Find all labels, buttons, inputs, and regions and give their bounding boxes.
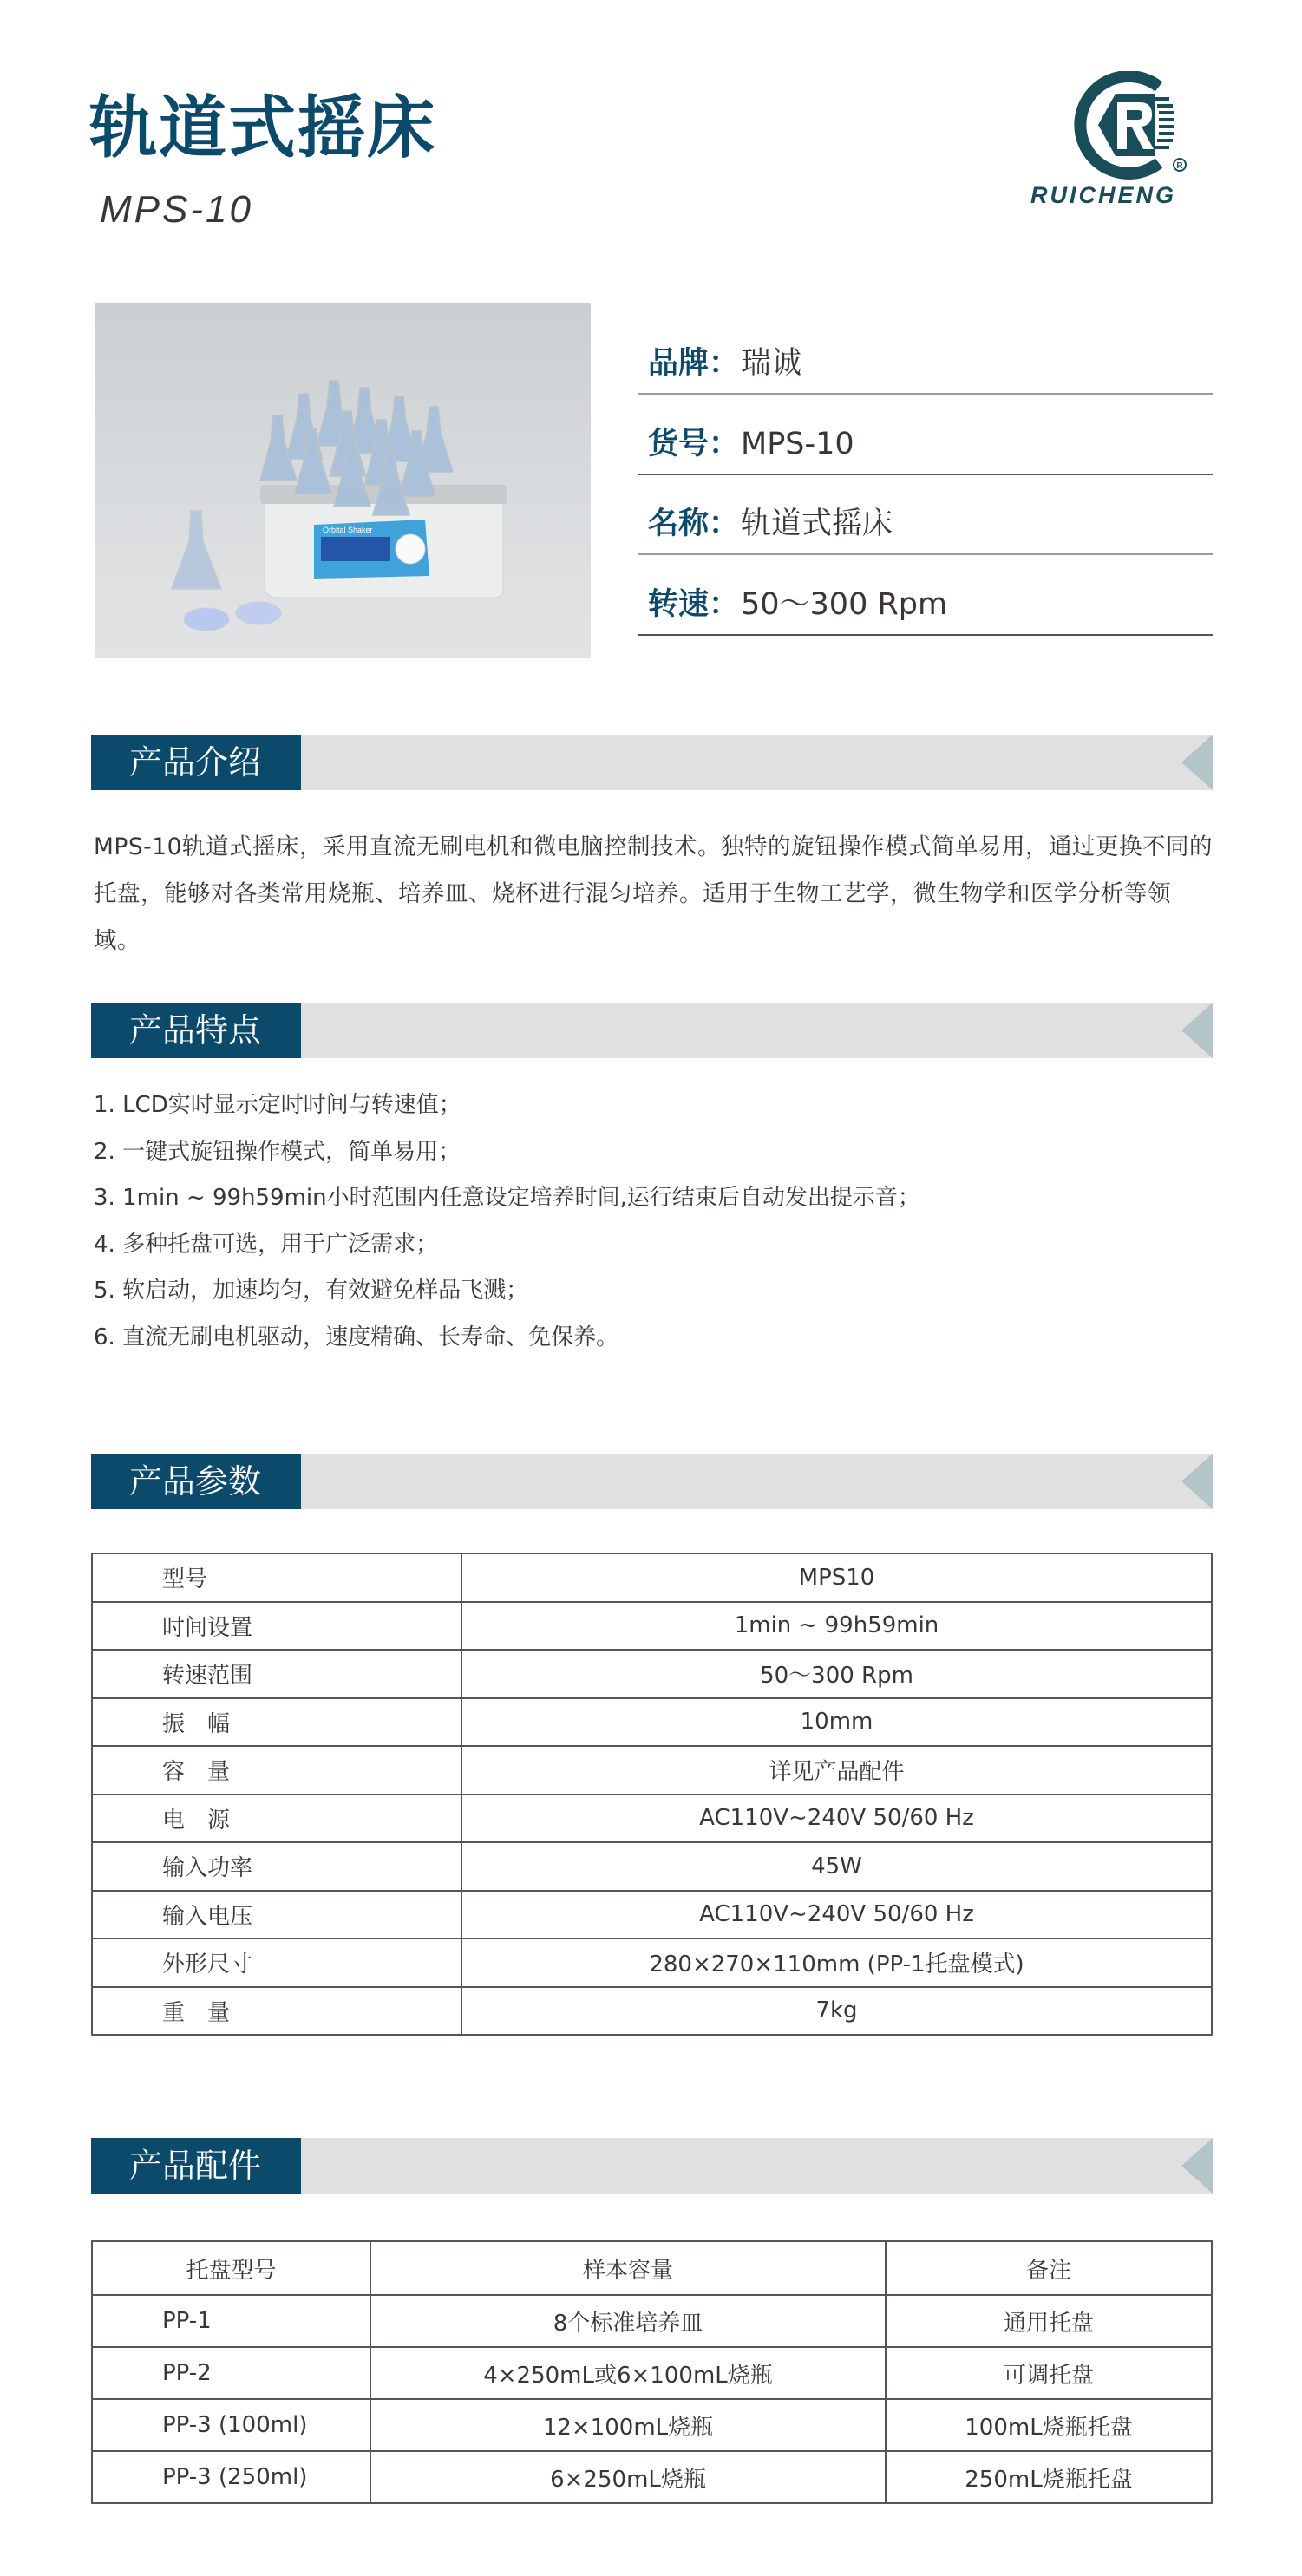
brand-wordmark: RUICHENG [1030, 182, 1176, 209]
info-label: 货号： [648, 425, 739, 463]
param-key: 转速范围 [92, 1650, 461, 1698]
info-label: 品牌： [648, 344, 739, 382]
feature-item: 2. 一键式旋钮操作模式，简单易用； [94, 1129, 1221, 1176]
remark: 250mL烧瓶托盘 [886, 2451, 1212, 2503]
accessories-table: 托盘型号 样本容量 备注 PP-1 8个标准培养皿 通用托盘 PP-2 4×25… [91, 2240, 1213, 2504]
feature-item: 6. 直流无刷电机驱动，速度精确、长寿命、免保养。 [94, 1315, 1221, 1362]
section-tag: 产品参数 [91, 1454, 301, 1509]
remark: 100mL烧瓶托盘 [886, 2399, 1212, 2451]
product-image: Orbital Shaker [95, 303, 591, 658]
param-key: 容 量 [92, 1746, 461, 1795]
remark: 可调托盘 [886, 2347, 1212, 2399]
param-value: AC110V~240V 50/60 Hz [461, 1795, 1212, 1843]
table-row: 输入功率45W [92, 1842, 1212, 1891]
feature-item: 1. LCD实时显示定时时间与转速值； [94, 1082, 1221, 1129]
table-row: 容 量详见产品配件 [92, 1746, 1212, 1795]
info-value: 瑞诚 [741, 344, 801, 382]
param-value: 280×270×110mm (PP-1托盘模式) [461, 1939, 1212, 1987]
param-key: 电 源 [92, 1795, 461, 1843]
table-row: PP-2 4×250mL或6×100mL烧瓶 可调托盘 [92, 2347, 1212, 2399]
param-value: 50～300 Rpm [461, 1650, 1212, 1698]
feature-item: 4. 多种托盘可选，用于广泛需求； [94, 1222, 1221, 1269]
tray-model: PP-3 (100ml) [92, 2399, 370, 2451]
orbital-shaker-illustration: Orbital Shaker [95, 303, 591, 658]
info-row-item-number: 货号： MPS-10 [638, 395, 1213, 475]
info-label: 名称： [648, 505, 739, 543]
params-table: 型号MPS10 时间设置1min ~ 99h59min 转速范围50～300 R… [91, 1553, 1213, 2036]
param-value: 1min ~ 99h59min [461, 1602, 1212, 1651]
table-row: 电 源AC110V~240V 50/60 Hz [92, 1795, 1212, 1843]
sample-capacity: 8个标准培养皿 [370, 2295, 886, 2347]
triangle-left-icon [1181, 735, 1213, 790]
param-key: 重 量 [92, 1987, 461, 2036]
tray-model: PP-3 (250ml) [92, 2451, 370, 2503]
table-row: 振 幅10mm [92, 1698, 1212, 1747]
section-title: 产品介绍 [129, 741, 261, 784]
param-key: 型号 [92, 1553, 461, 1602]
param-value: 45W [461, 1842, 1212, 1891]
section-header-accessories: 产品配件 [91, 2138, 1213, 2194]
table-row: 重 量7kg [92, 1987, 1212, 2036]
table-row: 外形尺寸280×270×110mm (PP-1托盘模式) [92, 1939, 1212, 1987]
info-value: 50～300 Rpm [741, 585, 947, 624]
remark: 通用托盘 [886, 2295, 1212, 2347]
svg-text:Orbital Shaker: Orbital Shaker [323, 526, 373, 534]
section-title: 产品配件 [129, 2144, 261, 2187]
section-title: 产品参数 [129, 1460, 261, 1503]
sample-capacity: 6×250mL烧瓶 [370, 2451, 886, 2503]
info-row-speed: 转速： 50～300 Rpm [638, 555, 1213, 636]
param-value: 详见产品配件 [461, 1746, 1212, 1795]
table-header-row: 托盘型号 样本容量 备注 [92, 2241, 1212, 2295]
page-title: 轨道式摇床 [89, 87, 436, 170]
section-tag: 产品特点 [91, 1003, 301, 1058]
param-key: 外形尺寸 [92, 1939, 461, 1987]
param-value: AC110V~240V 50/60 Hz [461, 1891, 1212, 1939]
param-value: 10mm [461, 1698, 1212, 1747]
model-subtitle: MPS-10 [100, 184, 253, 236]
brand-logo: R RUICHENG [1024, 71, 1223, 210]
feature-list: 1. LCD实时显示定时时间与转速值； 2. 一键式旋钮操作模式，简单易用； 3… [94, 1082, 1221, 1361]
feature-item: 3. 1min ~ 99h59min小时范围内任意设定培养时间,运行结束后自动发… [94, 1175, 1221, 1222]
triangle-left-icon [1181, 1003, 1213, 1058]
section-title: 产品特点 [129, 1009, 261, 1052]
section-header-intro: 产品介绍 [91, 735, 1213, 790]
sample-capacity: 4×250mL或6×100mL烧瓶 [370, 2347, 886, 2399]
section-header-params: 产品参数 [91, 1454, 1213, 1509]
table-row: 输入电压AC110V~240V 50/60 Hz [92, 1891, 1212, 1939]
section-tag: 产品配件 [91, 2138, 301, 2194]
ruicheng-r-logo-icon: R [1024, 71, 1223, 184]
triangle-left-icon [1181, 2138, 1213, 2194]
section-header-features: 产品特点 [91, 1003, 1213, 1058]
divider [638, 634, 1213, 636]
column-header: 备注 [886, 2241, 1212, 2295]
info-value: 轨道式摇床 [741, 505, 893, 543]
table-row: 转速范围50～300 Rpm [92, 1650, 1212, 1698]
section-tag: 产品介绍 [91, 735, 301, 790]
info-row-name: 名称： 轨道式摇床 [638, 474, 1213, 555]
tray-model: PP-1 [92, 2295, 370, 2347]
triangle-left-icon [1181, 1454, 1213, 1509]
table-row: PP-3 (250ml) 6×250mL烧瓶 250mL烧瓶托盘 [92, 2451, 1212, 2503]
table-row: 型号MPS10 [92, 1553, 1212, 1602]
param-value: MPS10 [461, 1553, 1212, 1602]
table-row: PP-3 (100ml) 12×100mL烧瓶 100mL烧瓶托盘 [92, 2399, 1212, 2451]
param-key: 输入电压 [92, 1891, 461, 1939]
intro-line: 托盘，能够对各类常用烧瓶、培养皿、烧杯进行混匀培养。适用于生物工艺学，微生物学和… [94, 871, 1217, 964]
table-row: 时间设置1min ~ 99h59min [92, 1602, 1212, 1651]
info-row-brand: 品牌： 瑞诚 [638, 314, 1213, 395]
param-key: 输入功率 [92, 1842, 461, 1891]
table-row: PP-1 8个标准培养皿 通用托盘 [92, 2295, 1212, 2347]
column-header: 样本容量 [370, 2241, 886, 2295]
sample-capacity: 12×100mL烧瓶 [370, 2399, 886, 2451]
param-key: 时间设置 [92, 1602, 461, 1651]
info-label: 转速： [648, 585, 739, 624]
column-header: 托盘型号 [92, 2241, 370, 2295]
feature-item: 5. 软启动，加速均匀，有效避免样品飞溅； [94, 1268, 1221, 1315]
intro-paragraph: MPS-10轨道式摇床，采用直流无刷电机和微电脑控制技术。独特的旋钮操作模式简单… [94, 824, 1217, 964]
info-value: MPS-10 [741, 425, 854, 463]
svg-text:R: R [1176, 161, 1183, 171]
param-value: 7kg [461, 1987, 1212, 2036]
param-key: 振 幅 [92, 1698, 461, 1747]
intro-line: MPS-10轨道式摇床，采用直流无刷电机和微电脑控制技术。独特的旋钮操作模式简单… [94, 824, 1217, 871]
tray-model: PP-2 [92, 2347, 370, 2399]
